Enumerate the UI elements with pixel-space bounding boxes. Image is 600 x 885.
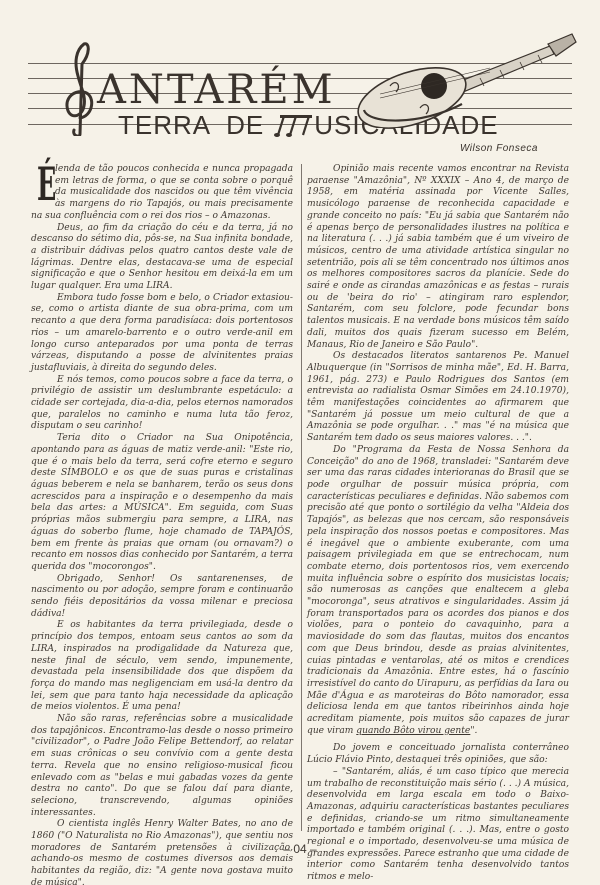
drop-cap: É: [37, 166, 45, 202]
subtitle-prefix: TERRA DE: [118, 110, 264, 140]
page-number: – 04 –: [0, 842, 600, 856]
magazine-page: ANTARÉM TERRA DE USICALIDADE Wilson Fons…: [0, 0, 600, 885]
author-byline: Wilson Fonseca: [460, 143, 538, 154]
paragraph: Não são raras, referências sobre a music…: [31, 714, 293, 819]
paragraph: Teria dito o Criador na Sua Onipotência,…: [31, 433, 293, 573]
underlined-phrase: quando Bôto virou gente: [356, 726, 470, 736]
paragraph: Os destacados literatos santarenos Pe. M…: [307, 351, 569, 445]
paragraph: Do "Programa da Festa de Nossa Senhora d…: [307, 445, 569, 738]
article-column-left: Élenda de tão poucos conhecida e nunca p…: [31, 164, 293, 885]
paragraph: Embora tudo fosse bom e belo, o Criador …: [31, 293, 293, 375]
article-column-right: Opinião mais recente vamos encontrar na …: [307, 164, 569, 884]
beamed-notes-icon: [274, 115, 314, 137]
paragraph: E nós temos, como poucos sobre a face da…: [31, 375, 293, 434]
paragraph: Do jovem e conceituado jornalista conter…: [307, 743, 569, 766]
treble-clef-icon: [62, 40, 98, 136]
paragraph: E os habitantes da terra privilegiada, d…: [31, 620, 293, 714]
paragraph: Deus, ao fim da criação do céu e da terr…: [31, 223, 293, 293]
title-santarem: ANTARÉM: [97, 70, 336, 110]
paragraph: Opinião mais recente vamos encontrar na …: [307, 164, 569, 351]
paragraph: Obrigado, Senhor! Os santarenenses, de n…: [31, 574, 293, 621]
paragraph: – "Santarém, aliás, é um caso típico que…: [307, 767, 569, 884]
mandolin-illustration: [350, 28, 580, 128]
paragraph: Élenda de tão poucos conhecida e nunca p…: [31, 164, 293, 223]
column-divider: [301, 164, 302, 831]
